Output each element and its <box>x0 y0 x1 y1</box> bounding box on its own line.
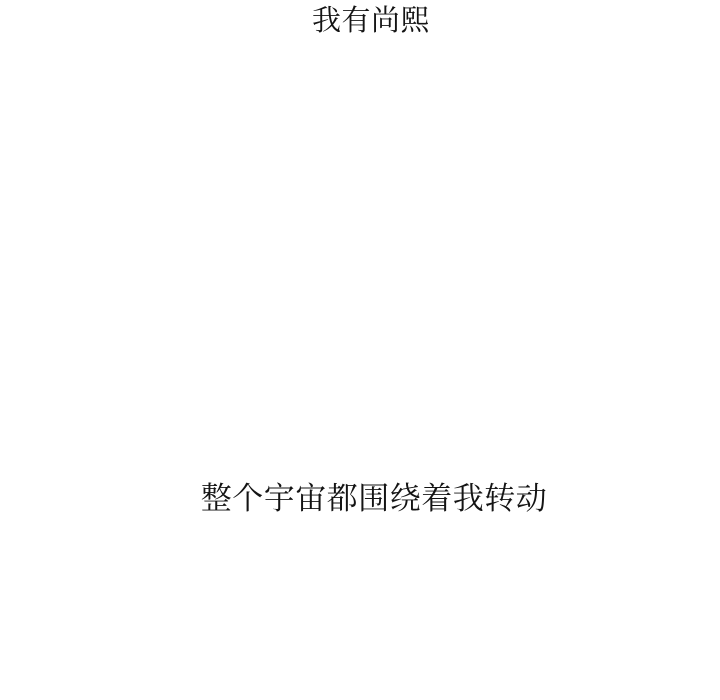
caption-top-text: 我有尚熙 <box>312 4 430 37</box>
comic-panel: 我有尚熙 整个宇宙都围绕着我转动 <box>0 0 720 700</box>
caption-bottom-text: 整个宇宙都围绕着我转动 <box>201 482 548 518</box>
